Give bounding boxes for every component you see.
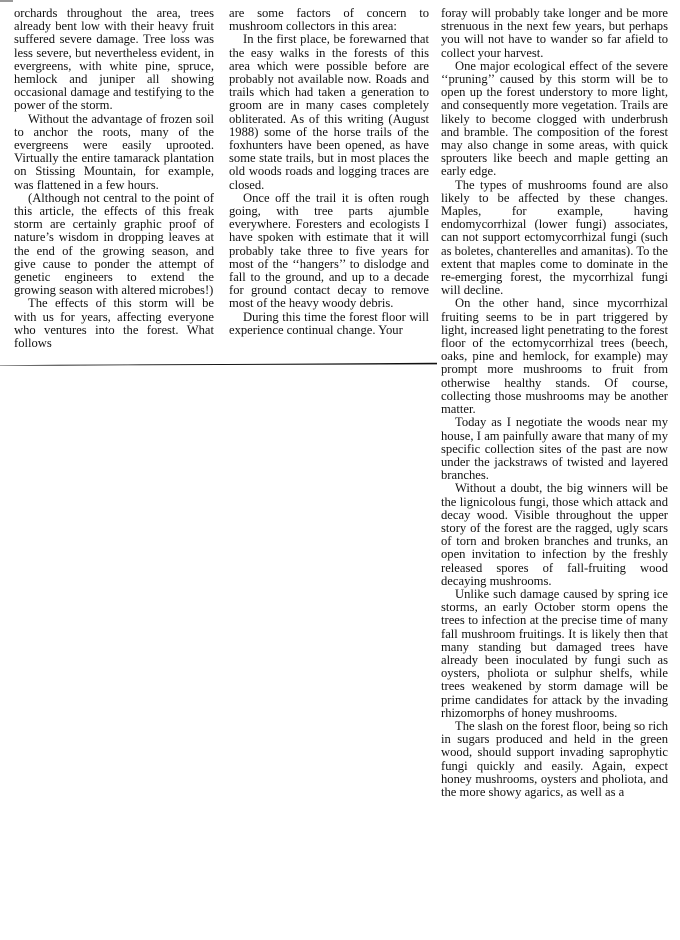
article-column-3: foray will probably take longer and be m…	[441, 7, 668, 799]
paragraph: are some factors of concern to mushroom …	[229, 7, 429, 33]
scan-corner-mark	[0, 0, 13, 2]
section-divider-rule	[0, 362, 437, 366]
paragraph: orchards throughout the area, trees alre…	[14, 7, 214, 113]
paragraph: The slash on the forest floor, being so …	[441, 720, 668, 799]
paragraph: Unlike such damage caused by spring ice …	[441, 588, 668, 720]
paragraph: Today as I negotiate the woods near my h…	[441, 416, 668, 482]
article-column-1: orchards throughout the area, trees alre…	[14, 7, 214, 350]
paragraph: The types of mushrooms found are also li…	[441, 179, 668, 298]
paragraph: In the first place, be forewarned that t…	[229, 33, 429, 191]
paragraph: On the other hand, since mycorrhizal fru…	[441, 297, 668, 416]
paragraph: During this time the forest floor will e…	[229, 311, 429, 337]
paragraph: (Although not central to the point of th…	[14, 192, 214, 298]
paragraph: Once off the trail it is often rough goi…	[229, 192, 429, 311]
paragraph: Without a doubt, the big winners will be…	[441, 482, 668, 588]
article-column-2: are some factors of concern to mushroom …	[229, 7, 429, 337]
paragraph: One major ecological effect of the sever…	[441, 60, 668, 179]
paragraph: The effects of this storm will be with u…	[14, 297, 214, 350]
paragraph: Without the advantage of frozen soil to …	[14, 113, 214, 192]
paragraph: foray will probably take longer and be m…	[441, 7, 668, 60]
